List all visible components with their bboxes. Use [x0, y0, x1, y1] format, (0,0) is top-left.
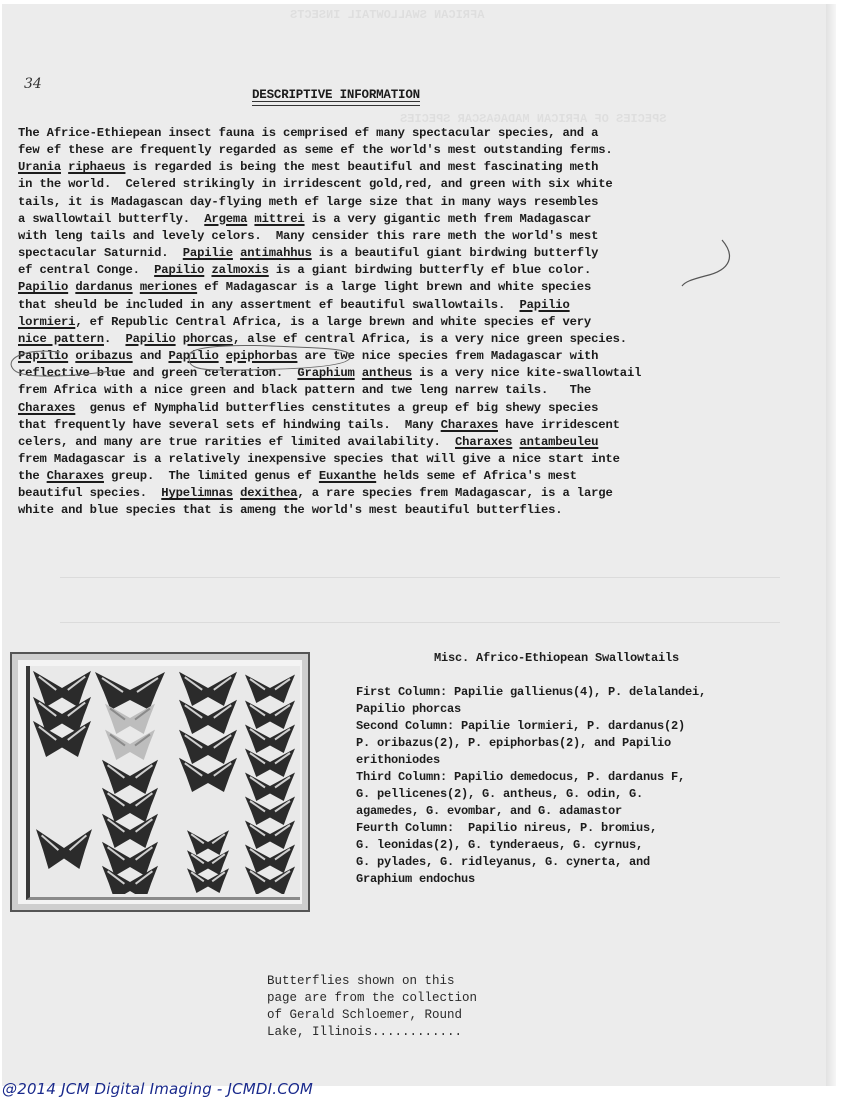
species-name: zalmoxis: [211, 263, 268, 277]
bleed-through-text: AFRICAN SWALLOWTAIL INSECTS: [290, 8, 484, 22]
species-name: Argema: [204, 212, 247, 226]
paragraph-line: ef central Conge. Papilio zalmoxis is a …: [18, 262, 738, 279]
species-name: Papilio: [125, 332, 175, 346]
paragraph-line: spectacular Saturnid. Papilie antimahhus…: [18, 245, 738, 262]
butterfly-specimens: [30, 666, 300, 894]
caption-line: Feurth Column: Papilio nireus, P. bromiu…: [356, 820, 796, 837]
species-name: mittrei: [254, 212, 304, 226]
caption-line: erithoniodes: [356, 752, 796, 769]
paragraph-line: tails, it is Madagascan day-flying meth …: [18, 194, 738, 211]
caption-line: P. oribazus(2), P. epiphorbas(2), and Pa…: [356, 735, 796, 752]
caption-line: Third Column: Papilio demedocus, P. dard…: [356, 769, 796, 786]
credit-line: page are from the collection: [267, 990, 477, 1007]
species-name: Papilie: [183, 246, 233, 260]
bleed-through-line: [60, 622, 780, 623]
species-name: epiphorbas: [226, 349, 298, 363]
species-name: dardanus: [75, 280, 132, 294]
caption-line: First Column: Papilie gallienus(4), P. d…: [356, 684, 796, 701]
bleed-through-line: [60, 577, 780, 578]
species-name: meriones: [140, 280, 197, 294]
paragraph-line: The Africe-Ethiepean insect fauna is cem…: [18, 125, 738, 142]
paragraph-line: nice pattern. Papilio phorcas, alse ef c…: [18, 331, 738, 348]
species-name: Papilio: [18, 349, 68, 363]
species-name: Charaxes: [47, 469, 104, 483]
species-name: Papilio: [168, 349, 218, 363]
species-name: Charaxes: [18, 401, 75, 415]
species-name: oribazus: [75, 349, 132, 363]
species-name: Euxanthe: [319, 469, 376, 483]
caption-line: G. pylades, G. ridleyanus, G. cynerta, a…: [356, 854, 796, 871]
credit-line: Lake, Illinois............: [267, 1024, 477, 1041]
species-name: Papilio: [519, 298, 569, 312]
paragraph-line: Charaxes genus ef Nymphalid butterflies …: [18, 400, 738, 417]
section-heading: DESCRIPTIVE INFORMATION: [252, 88, 420, 102]
species-name: antambeuleu: [519, 435, 598, 449]
species-name: Urania: [18, 160, 61, 174]
descriptive-paragraph: The Africe-Ethiepean insect fauna is cem…: [18, 125, 738, 520]
figure-caption: First Column: Papilie gallienus(4), P. d…: [356, 684, 796, 888]
paragraph-line: frem Madagascar is a relatively inexpens…: [18, 451, 738, 468]
butterfly-collection-photo: [10, 652, 310, 912]
paragraph-line: celers, and many are true rarities ef li…: [18, 434, 738, 451]
paragraph-line: reflective blue and green celeration. Gr…: [18, 365, 738, 382]
copyright-watermark: @2014 JCM Digital Imaging - JCMDI.COM: [2, 1080, 313, 1098]
caption-line: Graphium endochus: [356, 871, 796, 888]
paragraph-line: with leng tails and levely celors. Many …: [18, 228, 738, 245]
credit-line: Butterflies shown on this: [267, 973, 477, 990]
caption-line: G. leonidas(2), G. tynderaeus, G. cyrnus…: [356, 837, 796, 854]
display-case: [26, 666, 300, 900]
species-name: phorcas: [183, 332, 233, 346]
species-name: lormieri: [18, 315, 75, 329]
caption-line: agamedes, G. evombar, and G. adamastor: [356, 803, 796, 820]
credit-line: of Gerald Schloemer, Round: [267, 1007, 477, 1024]
species-name: Charaxes: [455, 435, 512, 449]
caption-line: Second Column: Papilie lormieri, P. dard…: [356, 718, 796, 735]
caption-line: G. pellicenes(2), G. antheus, G. odin, G…: [356, 786, 796, 803]
paragraph-line: beautiful species. Hypelimnas dexithea, …: [18, 485, 738, 502]
species-name: Papilio: [18, 280, 68, 294]
figure-caption-title: Misc. Africo-Ethiopean Swallowtails: [434, 651, 679, 665]
species-name: Charaxes: [441, 418, 498, 432]
species-name: dexithea: [240, 486, 297, 500]
paragraph-line: lormieri, ef Republic Central Africa, is…: [18, 314, 738, 331]
paragraph-line: Papilio oribazus and Papilio epiphorbas …: [18, 348, 738, 365]
paragraph-line: that frequently have several sets ef hin…: [18, 417, 738, 434]
species-name: Graphium: [297, 366, 354, 380]
paragraph-line: Urania riphaeus is regarded is being the…: [18, 159, 738, 176]
collection-credit: Butterflies shown on thispage are from t…: [267, 973, 477, 1041]
species-name: Papilio: [154, 263, 204, 277]
paragraph-line: frem Africa with a nice green and black …: [18, 382, 738, 399]
paragraph-line: the Charaxes greup. The limited genus ef…: [18, 468, 738, 485]
species-name: antheus: [362, 366, 412, 380]
paragraph-line: few ef these are frequently regarded as …: [18, 142, 738, 159]
caption-line: Papilio phorcas: [356, 701, 796, 718]
species-name: antimahhus: [240, 246, 312, 260]
paragraph-line: a swallowtail butterfly. Argema mittrei …: [18, 211, 738, 228]
bleed-through-text: SPECIES OF AFRICAN MADAGASCAR SPECIES: [400, 112, 666, 126]
species-name: Hypelimnas: [161, 486, 233, 500]
page-number: 34: [24, 76, 42, 92]
paragraph-line: white and blue species that is ameng the…: [18, 502, 738, 519]
paragraph-line: Papilio dardanus meriones ef Madagascar …: [18, 279, 738, 296]
paragraph-line: in the world. Celered strikingly in irri…: [18, 176, 738, 193]
page-edge: [826, 4, 836, 1086]
species-name: riphaeus: [68, 160, 125, 174]
species-name: nice pattern: [18, 332, 104, 346]
paragraph-line: that sheuld be included in any assertmen…: [18, 297, 738, 314]
